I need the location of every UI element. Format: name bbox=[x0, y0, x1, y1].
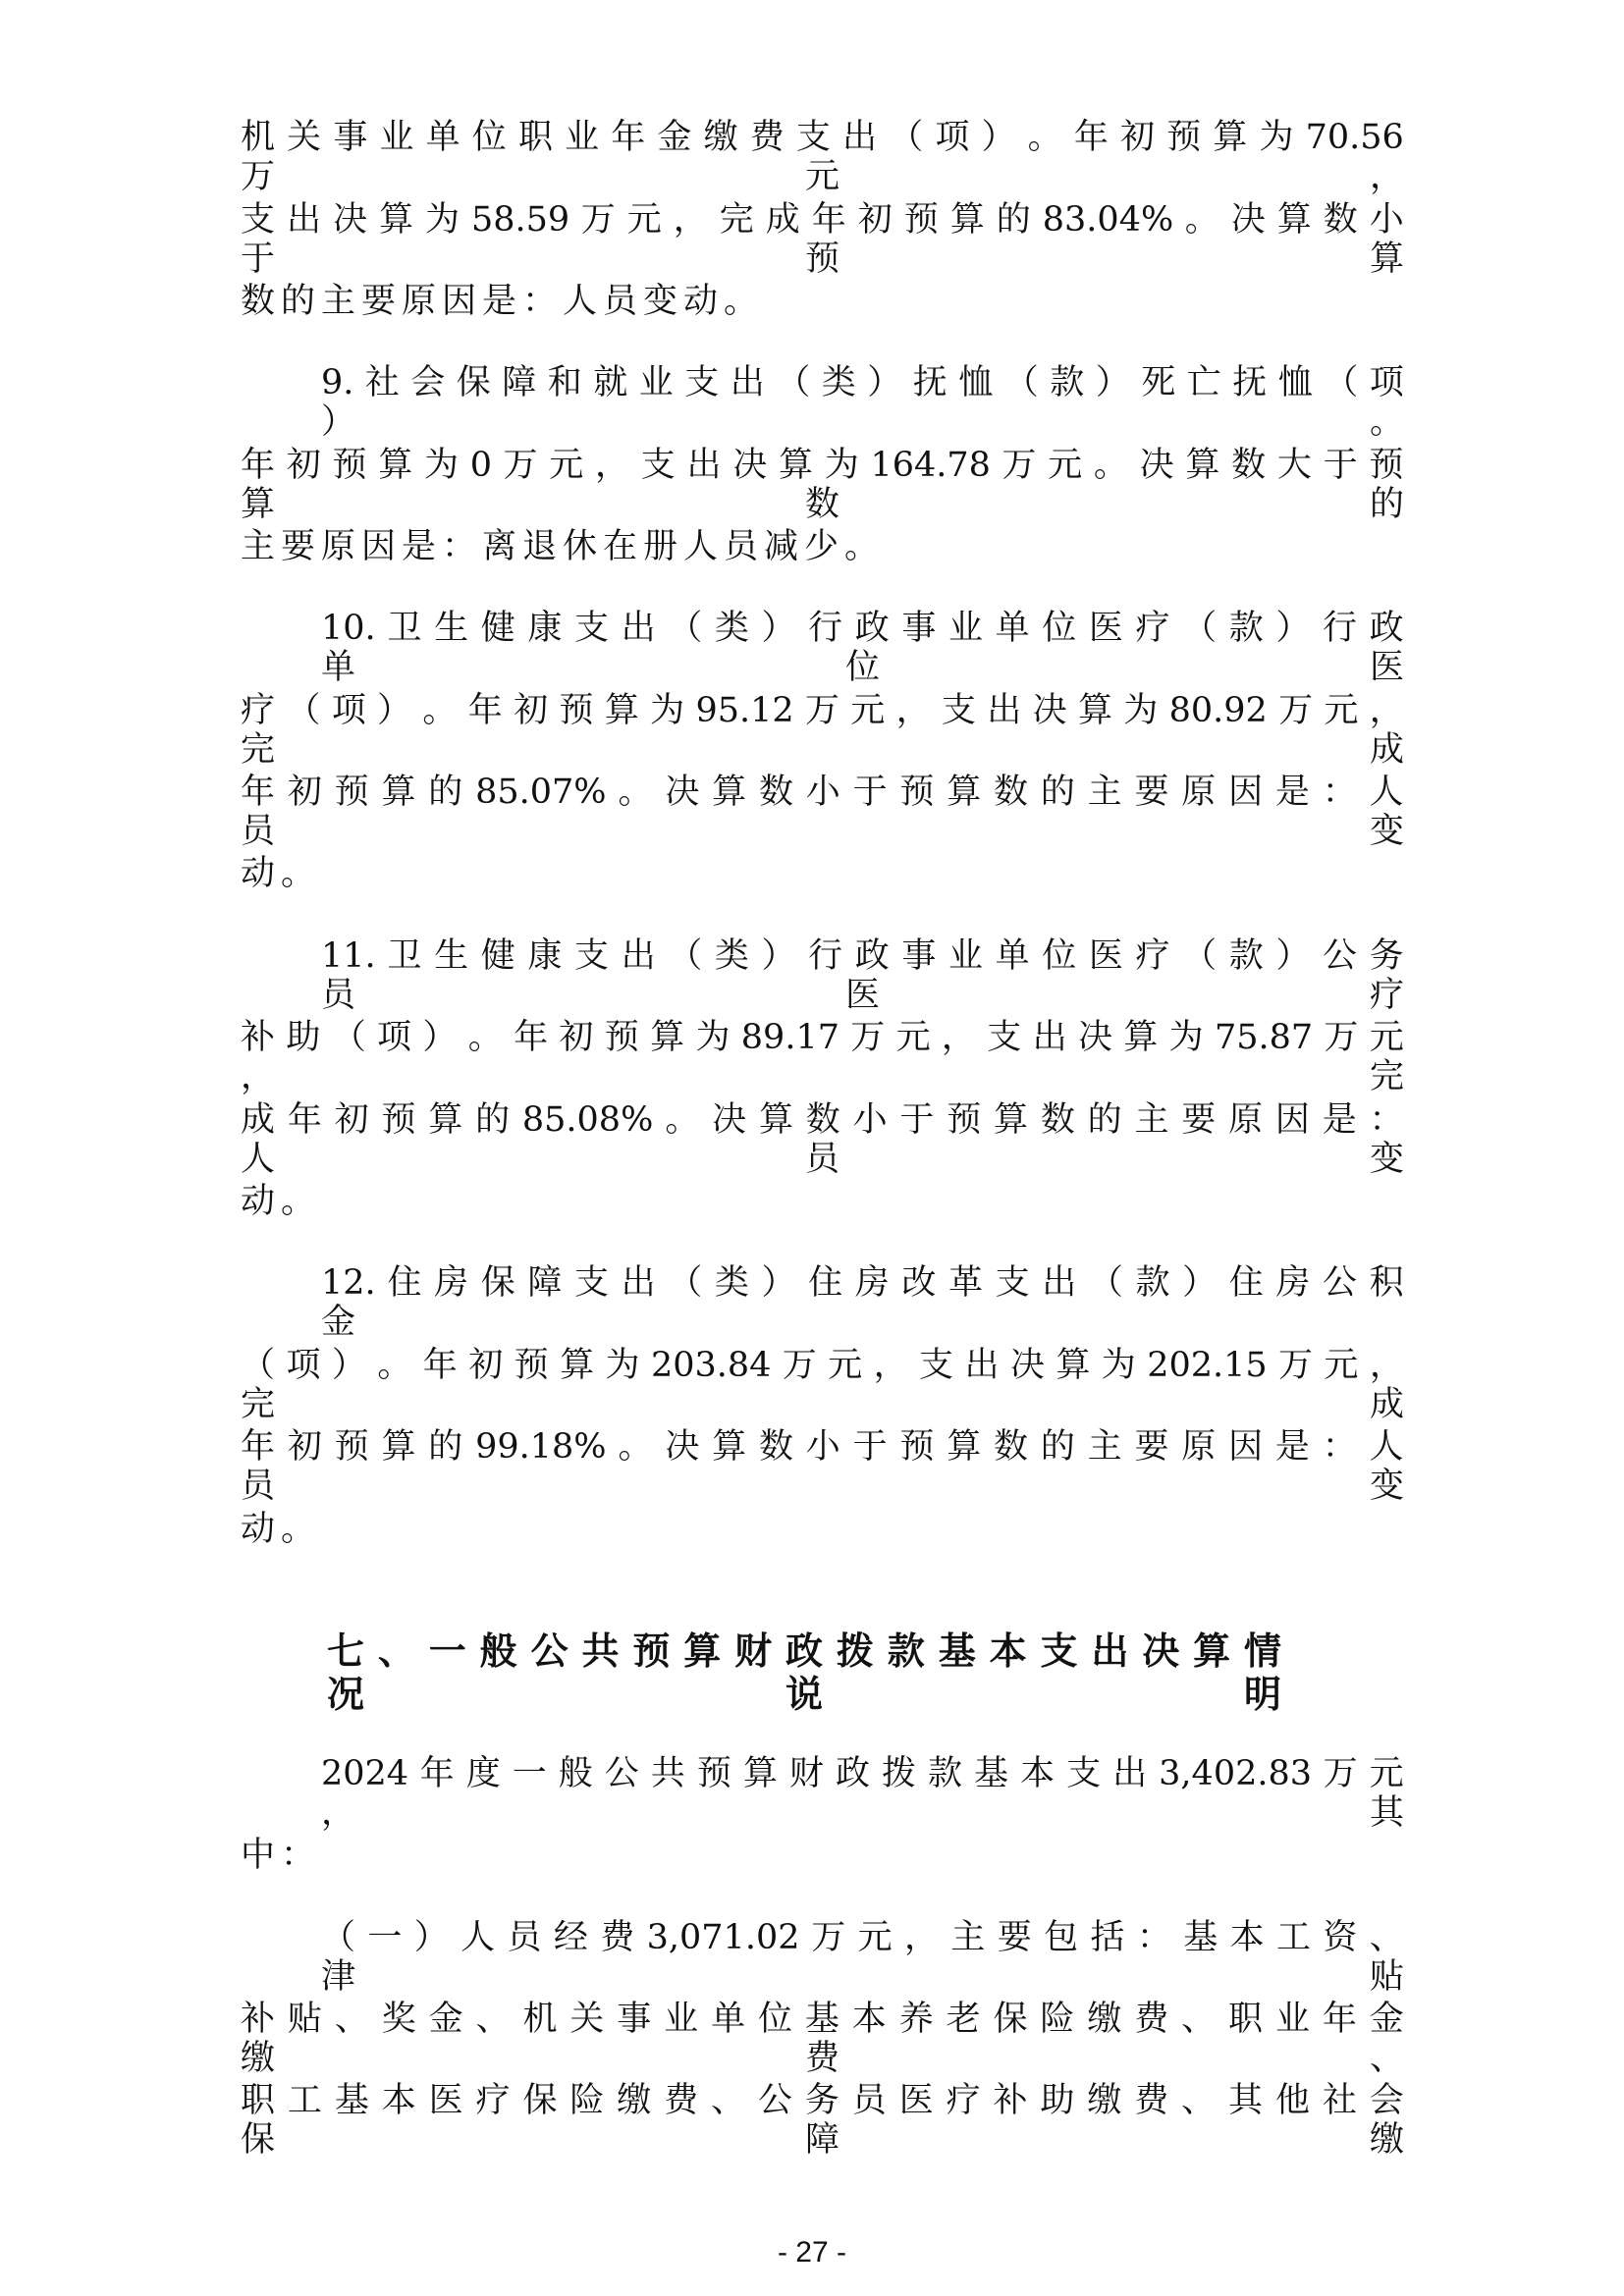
paragraph-line: 动。 bbox=[241, 1182, 1404, 1221]
paragraph-line: 补 贴 、 奖 金 、 机 关 事 业 单 位 基 本 养 老 保 险 缴 费 … bbox=[241, 2000, 1404, 2039]
paragraph-line: 年 初 预 算 的 85.07% 。 决 算 数 小 于 预 算 数 的 主 要… bbox=[241, 773, 1404, 812]
paragraph-first-line: （ 一 ） 人 员 经 费 3,071.02 万 元 ， 主 要 包 括 ： 基… bbox=[321, 1918, 1404, 1957]
paragraph-line: 主要原因是：离退休在册人员减少。 bbox=[241, 527, 1404, 566]
paragraph-line: 成 年 初 预 算 的 85.08% 。 决 算 数 小 于 预 算 数 的 主… bbox=[241, 1100, 1404, 1140]
paragraph-first-line: 10. 卫 生 健 康 支 出 （ 类 ） 行 政 事 业 单 位 医 疗 （ … bbox=[321, 609, 1404, 648]
paragraph-line: 疗 （ 项 ） 。 年 初 预 算 为 95.12 万 元 ， 支 出 决 算 … bbox=[241, 691, 1404, 730]
section-heading: 七 、 一 般 公 共 预 算 财 政 拨 款 基 本 支 出 决 算 情 况 … bbox=[327, 1629, 1281, 1673]
paragraph-first-line: 2024 年 度 一 般 公 共 预 算 财 政 拨 款 基 本 支 出 3,4… bbox=[321, 1754, 1404, 1793]
paragraph-line: 年 初 预 算 的 99.18% 。 决 算 数 小 于 预 算 数 的 主 要… bbox=[241, 1427, 1404, 1467]
paragraph-line: 动。 bbox=[241, 1510, 1404, 1549]
paragraph-line: 动。 bbox=[241, 854, 1404, 893]
document-page: 机 关 事 业 单 位 职 业 年 金 缴 费 支 出 （ 项 ） 。 年 初 … bbox=[0, 0, 1624, 2296]
paragraph-line: 数的主要原因是：人员变动。 bbox=[241, 282, 1404, 321]
paragraph-line: （ 项 ） 。 年 初 预 算 为 203.84 万 元 ， 支 出 决 算 为… bbox=[241, 1346, 1404, 1385]
page-number: - 27 - bbox=[714, 2236, 910, 2269]
paragraph-line: 中： bbox=[241, 1836, 1404, 1875]
paragraph-first-line: 12. 住 房 保 障 支 出 （ 类 ） 住 房 改 革 支 出 （ 款 ） … bbox=[321, 1263, 1404, 1303]
paragraph-line: 补 助 （ 项 ） 。 年 初 预 算 为 89.17 万 元 ， 支 出 决 … bbox=[241, 1018, 1404, 1057]
paragraph-line: 职 工 基 本 医 疗 保 险 缴 费 、 公 务 员 医 疗 补 助 缴 费 … bbox=[241, 2081, 1404, 2120]
paragraph-line: 支 出 决 算 为 58.59 万 元 ， 完 成 年 初 预 算 的 83.0… bbox=[241, 200, 1404, 240]
paragraph-first-line: 9. 社 会 保 障 和 就 业 支 出 （ 类 ） 抚 恤 （ 款 ） 死 亡… bbox=[321, 363, 1404, 402]
paragraph-line: 年 初 预 算 为 0 万 元 ， 支 出 决 算 为 164.78 万 元 。… bbox=[241, 446, 1404, 485]
paragraph-line: 机 关 事 业 单 位 职 业 年 金 缴 费 支 出 （ 项 ） 。 年 初 … bbox=[241, 118, 1404, 157]
paragraph-first-line: 11. 卫 生 健 康 支 出 （ 类 ） 行 政 事 业 单 位 医 疗 （ … bbox=[321, 936, 1404, 976]
